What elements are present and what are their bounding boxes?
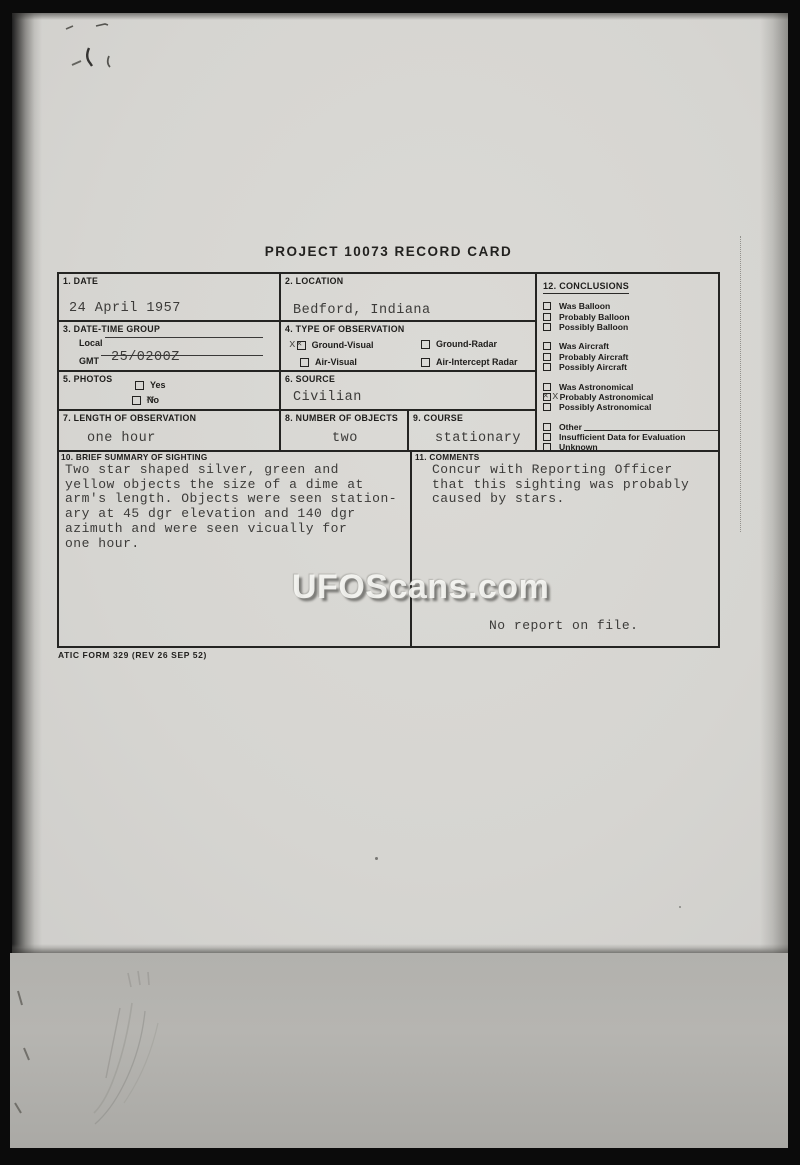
conclusions-group-other: Other Insufficient Data for Evaluation U… [543,422,722,453]
pen-marks [52,18,252,98]
date-label: 1. DATE [63,276,98,286]
comments-label: 11. COMMENTS [415,453,480,462]
date-value: 24 April 1957 [69,301,181,316]
checkbox-icon [543,383,551,391]
cell-length-of-observation: 7. LENGTH OF OBSERVATION one hour [59,411,279,450]
conclusion-label: Was Astronomical [559,382,633,392]
cell-type-of-observation: 4. TYPE OF OBSERVATION x Ground-Visual G… [281,322,535,370]
checkbox-icon [543,433,551,441]
location-value: Bedford, Indiana [293,303,431,318]
conclusion-item: Probably Balloon [543,311,722,321]
brief-summary-label: 10. BRIEF SUMMARY OF SIGHTING [61,453,208,462]
cell-photos: 5. PHOTOS Yes No [59,372,279,409]
conclusion-item: Possibly Aircraft [543,362,722,372]
page-bottom-shadow [12,944,788,953]
option-photos-no: No [132,395,159,405]
option-air-intercept-radar: Air-Intercept Radar [421,357,518,367]
source-label: 6. SOURCE [285,374,335,384]
checkbox-icon [135,381,144,390]
checkbox-icon [543,342,551,350]
other-blank-line [584,423,718,431]
gmt-value: 25/0200Z [111,350,180,365]
conclusion-label: Probably Aircraft [559,352,628,362]
comments-text: Concur with Reporting Officer that this … [432,463,689,507]
cell-date-time-group: 3. DATE-TIME GROUP Local GMT 25/0200Z [59,322,279,370]
typed-x-mark: x [552,391,559,403]
cell-location: 2. LOCATION Bedford, Indiana [281,274,535,320]
conclusion-label: Probably Balloon [559,312,630,322]
scanner-background [10,953,788,1148]
length-of-observation-label: 7. LENGTH OF OBSERVATION [63,413,196,423]
fold-crease-line [740,236,741,532]
type-of-observation-label: 4. TYPE OF OBSERVATION [285,324,405,334]
conclusion-item: Insufficient Data for Evaluation [543,432,722,442]
cell-conclusions: 12. CONCLUSIONS Was Balloon Probably Bal… [537,274,722,450]
conclusion-item: Probably Aircraft [543,352,722,362]
checkbox-icon [132,396,141,405]
conclusions-group-balloon: Was Balloon Probably Balloon Possibly Ba… [543,301,722,332]
conclusion-item: Possibly Balloon [543,322,722,332]
conclusion-label: Other [559,422,582,432]
watermark: UFOScans.com [292,568,549,607]
course-value: stationary [435,431,521,446]
local-label: Local [79,338,103,348]
checkbox-icon [421,340,430,349]
checkbox-icon [543,423,551,431]
option-label: No [147,395,159,405]
scratch-marks [10,953,310,1148]
cell-number-of-objects: 8. NUMBER OF OBJECTS two [281,411,407,450]
local-underline [105,337,263,338]
option-label: Air-Intercept Radar [436,357,518,367]
dust-speck [679,906,681,908]
source-value: Civilian [293,390,362,405]
option-label: Ground-Radar [436,339,497,349]
cell-course: 9. COURSE stationary [409,411,535,450]
conclusions-label: 12. CONCLUSIONS [543,281,629,294]
card-title: PROJECT 10073 RECORD CARD [57,244,720,259]
conclusion-label: Insufficient Data for Evaluation [559,432,686,442]
conclusion-label: Was Aircraft [559,341,609,351]
cell-date: 1. DATE 24 April 1957 [59,274,279,320]
form-number: ATIC FORM 329 (REV 26 SEP 52) [58,650,207,660]
conclusion-item: Was Astronomical [543,381,722,391]
checkbox-icon [543,323,551,331]
option-air-visual: Air-Visual [300,357,357,367]
course-label: 9. COURSE [413,413,463,423]
location-label: 2. LOCATION [285,276,343,286]
comments-note: No report on file. [489,618,638,633]
gmt-label: GMT [79,356,99,366]
conclusions-group-astronomical: Was Astronomical xProbably Astronomical … [543,381,722,412]
checkbox-icon [297,341,306,350]
scanned-document: PROJECT 10073 RECORD CARD 1. DATE 24 Apr… [0,0,800,1165]
conclusion-label: Unknown [559,442,598,452]
conclusion-label: Probably Astronomical [560,392,654,402]
option-ground-visual: x Ground-Visual [289,339,373,351]
dust-speck [375,857,378,860]
conclusion-item: Was Aircraft [543,341,722,351]
conclusion-item: Other [543,422,722,432]
photos-label: 5. PHOTOS [63,374,112,384]
gmt-underline [101,355,263,356]
option-photos-yes: Yes [135,380,166,390]
conclusions-group-aircraft: Was Aircraft Probably Aircraft Possibly … [543,341,722,372]
checkbox-icon [543,393,551,401]
checkbox-icon [543,403,551,411]
typed-x-mark: x [289,339,296,351]
conclusion-label: Possibly Aircraft [559,362,627,372]
checkbox-icon [543,302,551,310]
checkbox-icon [543,353,551,361]
conclusion-item: Possibly Astronomical [543,402,722,412]
conclusion-label: Was Balloon [559,301,610,311]
conclusion-label: Possibly Balloon [559,322,628,332]
checkbox-icon [543,313,551,321]
checkbox-icon [543,363,551,371]
option-label: Yes [150,380,166,390]
conclusion-item: Was Balloon [543,301,722,311]
checkbox-icon [543,443,551,451]
number-of-objects-value: two [332,431,358,446]
option-label: Air-Visual [315,357,357,367]
cell-brief-summary: 10. BRIEF SUMMARY OF SIGHTING Two star s… [59,452,410,646]
conclusion-item: xProbably Astronomical [543,392,722,402]
option-ground-radar: Ground-Radar [421,339,497,349]
cell-source: 6. SOURCE Civilian [281,372,535,409]
option-label: Ground-Visual [312,340,374,350]
length-of-observation-value: one hour [87,431,156,446]
number-of-objects-label: 8. NUMBER OF OBJECTS [285,413,398,423]
conclusion-label: Possibly Astronomical [559,402,651,412]
checkbox-icon [300,358,309,367]
brief-summary-text: Two star shaped silver, green and yellow… [65,463,397,551]
cell-comments: 11. COMMENTS Concur with Reporting Offic… [412,452,722,646]
date-time-group-label: 3. DATE-TIME GROUP [63,324,160,334]
checkbox-icon [421,358,430,367]
